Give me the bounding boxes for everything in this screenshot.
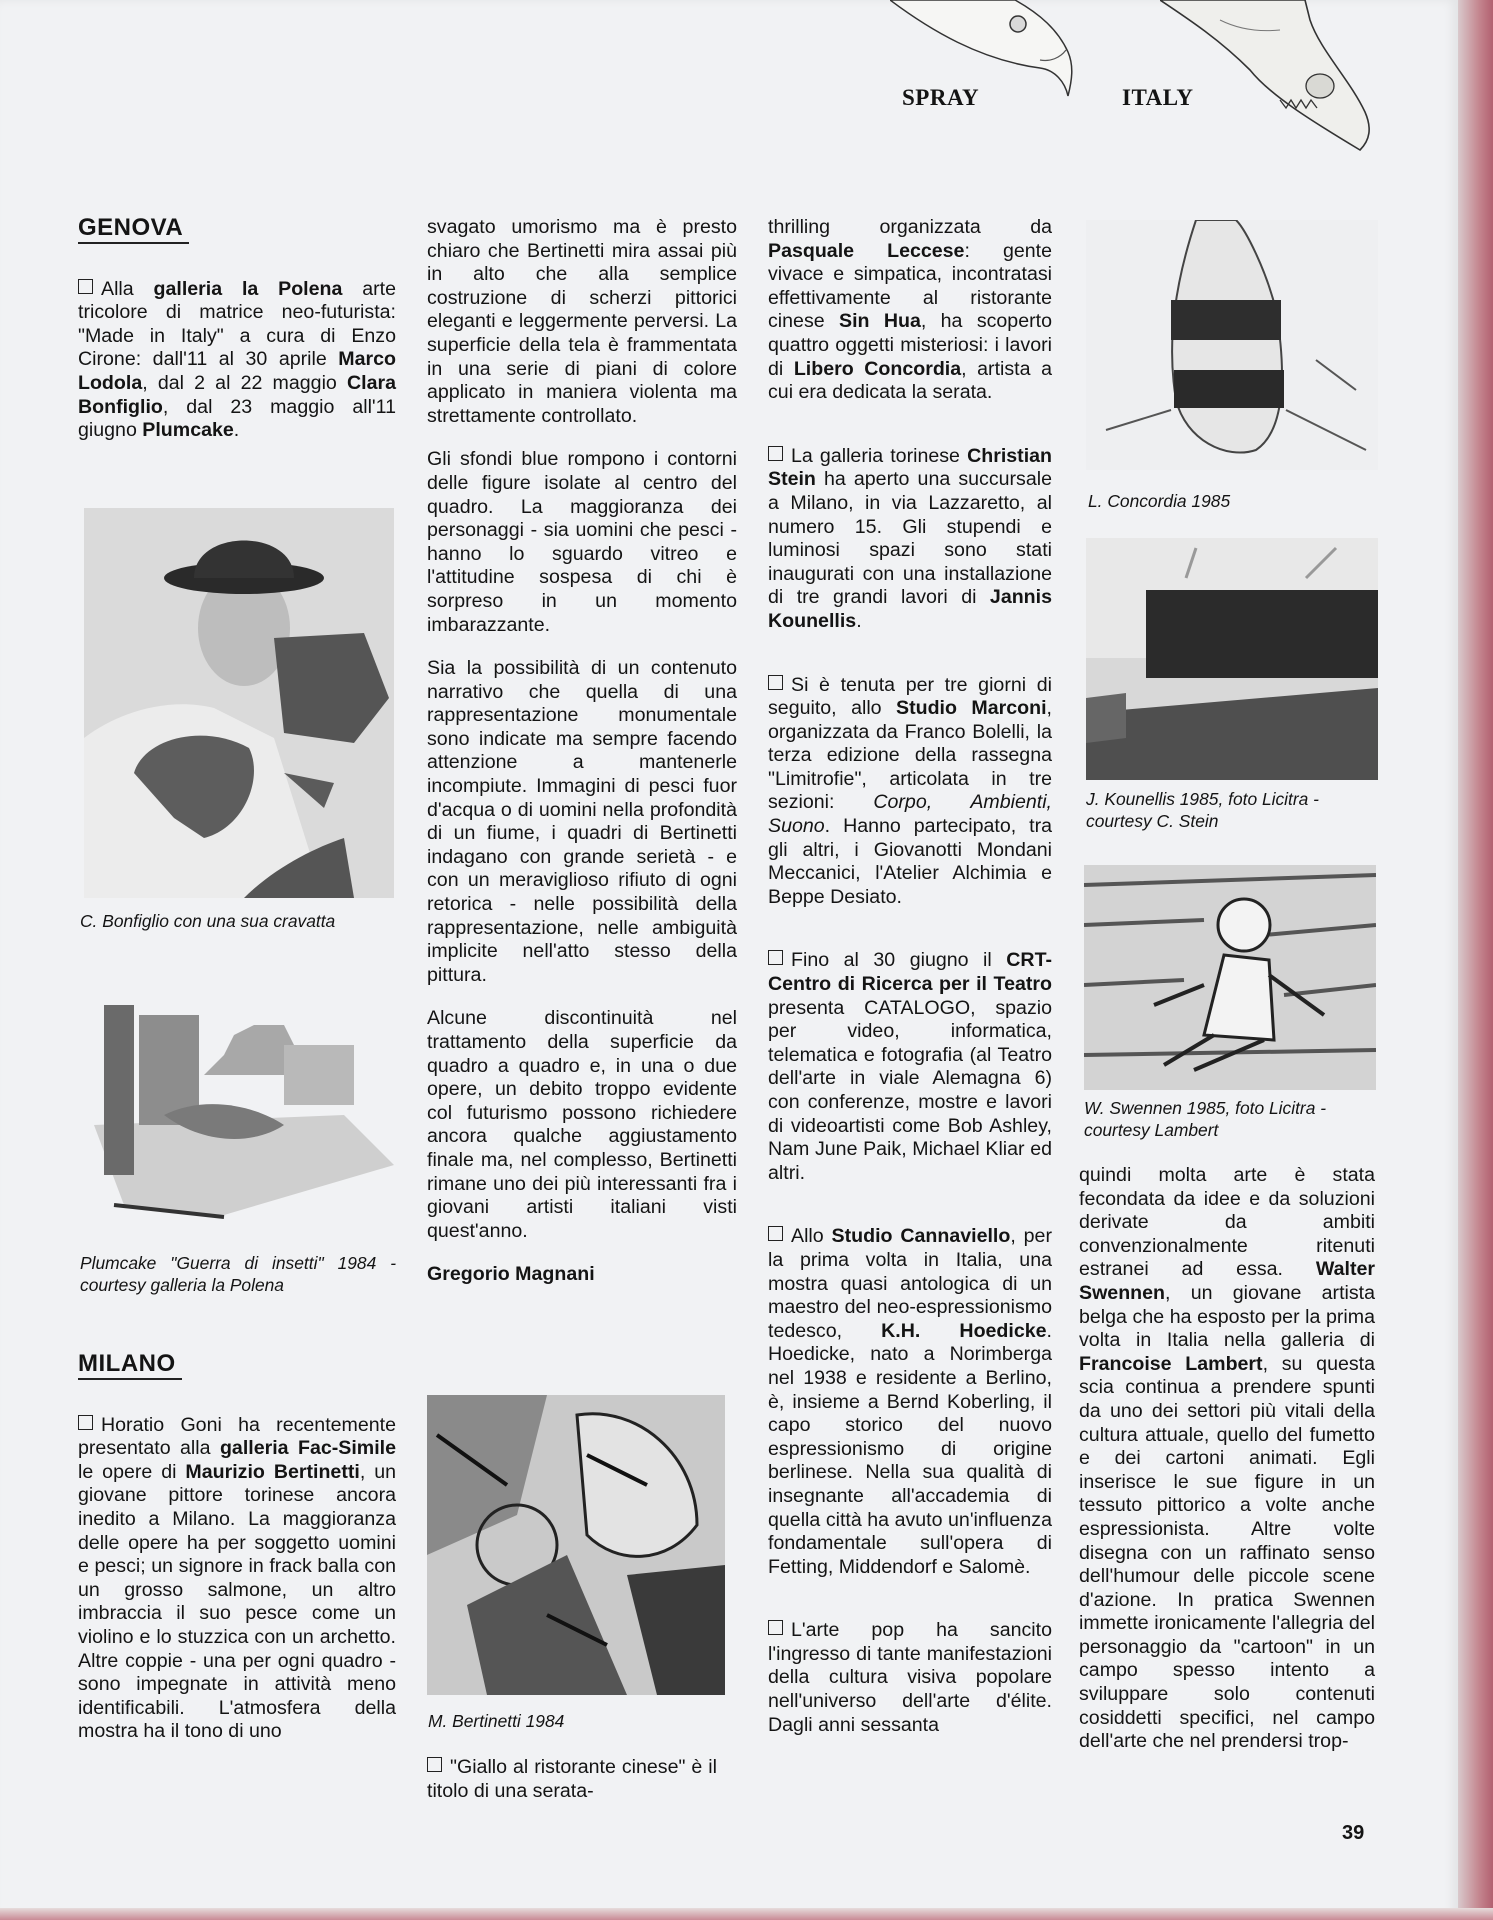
page-bottom-edge bbox=[0, 1908, 1493, 1920]
photo-bonfiglio bbox=[84, 508, 394, 898]
crocodile-head-illustration-icon bbox=[1160, 0, 1380, 160]
page-number: 39 bbox=[1342, 1822, 1364, 1845]
genova-paragraph: Alla galleria la Polena arte tricolore d… bbox=[78, 278, 396, 443]
bertinetti-paragraph-4: Alcune discontinuità nel trattamento del… bbox=[427, 1007, 737, 1243]
photo-swennen bbox=[1084, 865, 1376, 1090]
bullet-square-icon bbox=[78, 1415, 93, 1430]
author-signature: Gregorio Magnani bbox=[427, 1263, 737, 1287]
caption-concordia: L. Concordia 1985 bbox=[1088, 490, 1380, 512]
column-1-milano: MILANO Horatio Goni ha recentemente pres… bbox=[78, 1352, 396, 1764]
column-4: quindi molta arte è stata fecondata da i… bbox=[1079, 1164, 1375, 1774]
marconi-paragraph: Si è tenuta per tre giorni di seguito, a… bbox=[768, 674, 1052, 910]
photo-plumcake bbox=[84, 995, 394, 1220]
section-title-genova: GENOVA bbox=[78, 216, 189, 244]
running-head-left: SPRAY bbox=[902, 85, 979, 111]
magazine-page: SPRAY ITALY GENOVA Alla galleria la Pole… bbox=[0, 0, 1458, 1920]
column-1: GENOVA Alla galleria la Polena arte tric… bbox=[78, 216, 396, 463]
bertinetti-paragraph-2: Gli sfondi blue rompono i contorni delle… bbox=[427, 448, 737, 637]
bullet-square-icon bbox=[427, 1757, 442, 1772]
bullet-square-icon bbox=[768, 675, 783, 690]
column-2: svagato umorismo ma è presto chiaro che … bbox=[427, 216, 737, 1307]
bullet-square-icon bbox=[768, 446, 783, 461]
page-edge bbox=[1458, 0, 1493, 1920]
caption-bertinetti: M. Bertinetti 1984 bbox=[428, 1710, 728, 1732]
milano-paragraph: Horatio Goni ha recentemente presentato … bbox=[78, 1414, 396, 1744]
column-2-giallo: "Giallo al ristorante cinese" è il titol… bbox=[427, 1756, 717, 1823]
leccese-paragraph: thrilling organizzata da Pasquale Lecces… bbox=[768, 216, 1052, 405]
stein-paragraph: La galleria torinese Christian Stein ha … bbox=[768, 445, 1052, 634]
running-head-right: ITALY bbox=[1122, 85, 1194, 111]
pop-art-paragraph: L'arte pop ha sancito l'ingresso di tant… bbox=[768, 1619, 1052, 1737]
swennen-paragraph: quindi molta arte è stata fecondata da i… bbox=[1079, 1164, 1375, 1754]
photo-bertinetti bbox=[427, 1395, 725, 1695]
cannaviello-paragraph: Allo Studio Cannaviello, per la prima vo… bbox=[768, 1225, 1052, 1579]
caption-swennen: W. Swennen 1985, foto Licitra - courtesy… bbox=[1084, 1097, 1384, 1141]
caption-kounellis: J. Kounellis 1985, foto Licitra - courte… bbox=[1086, 788, 1386, 832]
caption-plumcake: Plumcake "Guerra di insetti" 1984 - cour… bbox=[80, 1252, 396, 1296]
bullet-square-icon bbox=[768, 1226, 783, 1241]
photo-concordia bbox=[1086, 220, 1378, 470]
bertinetti-paragraph-1: svagato umorismo ma è presto chiaro che … bbox=[427, 216, 737, 428]
photo-kounellis bbox=[1086, 538, 1378, 780]
section-title-milano: MILANO bbox=[78, 1352, 182, 1380]
caption-bonfiglio: C. Bonfiglio con una sua cravatta bbox=[80, 910, 400, 932]
bullet-square-icon bbox=[78, 279, 93, 294]
column-3: thrilling organizzata da Pasquale Lecces… bbox=[768, 216, 1052, 1757]
crt-paragraph: Fino al 30 giugno il CRT-Centro di Ricer… bbox=[768, 949, 1052, 1185]
bullet-square-icon bbox=[768, 1620, 783, 1635]
bertinetti-paragraph-3: Sia la possibilità di un contenuto narra… bbox=[427, 657, 737, 987]
giallo-paragraph: "Giallo al ristorante cinese" è il titol… bbox=[427, 1756, 717, 1803]
bullet-square-icon bbox=[768, 950, 783, 965]
